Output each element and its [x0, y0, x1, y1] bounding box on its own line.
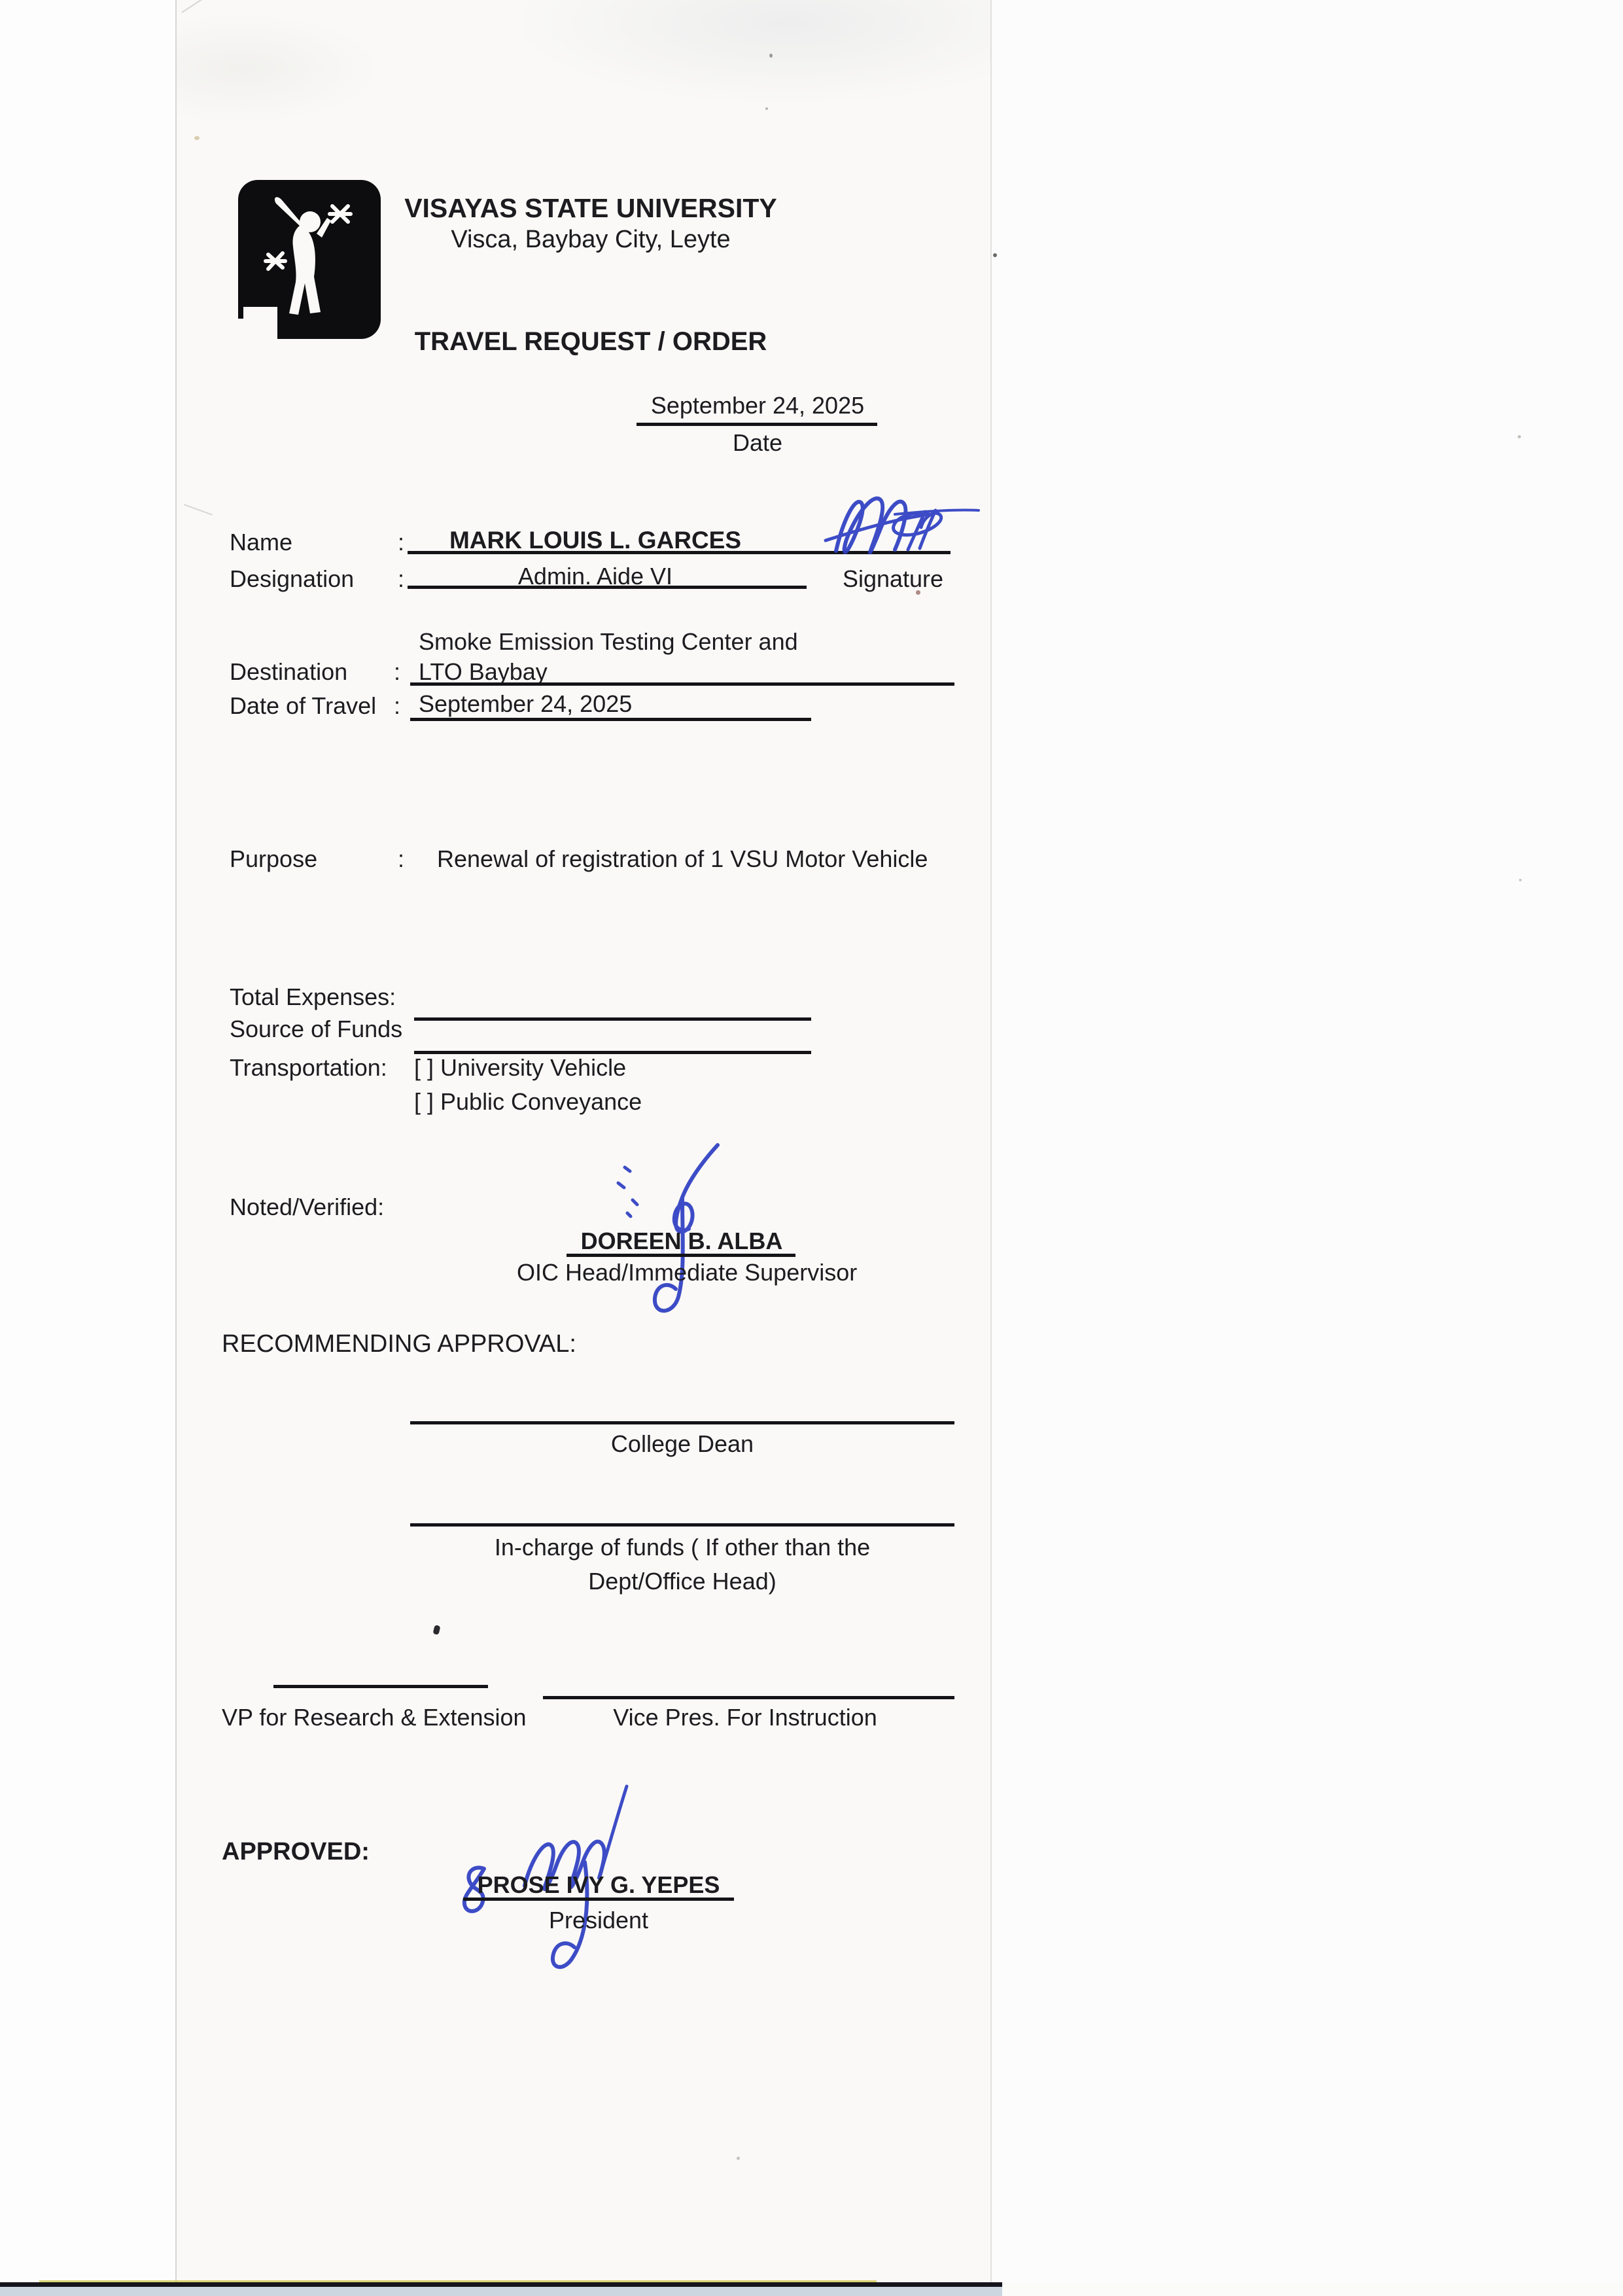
source-of-funds-label: Source of Funds — [230, 1016, 402, 1043]
scan-bottom-edge — [0, 2282, 1002, 2287]
form-title: TRAVEL REQUEST / ORDER — [362, 327, 820, 357]
scan-bottom-strip — [0, 2287, 1002, 2296]
total-expenses-line — [414, 1017, 811, 1021]
in-charge-label-line2: Dept/Office Head) — [410, 1568, 954, 1595]
date-value: September 24, 2025 — [639, 392, 876, 419]
college-dean-line — [410, 1421, 954, 1424]
vsu-logo — [237, 179, 382, 340]
noted-verified-label: Noted/Verified: — [230, 1193, 384, 1221]
purpose-value: Renewal of registration of 1 VSU Motor V… — [437, 845, 928, 873]
transportation-option-university-vehicle: [ ] University Vehicle — [414, 1054, 626, 1082]
scan-speck — [765, 107, 768, 110]
date-of-travel-label: Date of Travel — [230, 692, 376, 720]
university-name: VISAYAS STATE UNIVERSITY — [362, 192, 820, 224]
destination-underline — [410, 682, 954, 686]
supervisor-name: DOREEN B. ALBA — [570, 1227, 793, 1255]
scan-speck — [916, 590, 920, 595]
president-name-underline — [463, 1898, 734, 1901]
scan-speck — [1518, 435, 1521, 438]
transportation-label: Transportation: — [230, 1054, 387, 1082]
vp-research-label: VP for Research & Extension — [222, 1704, 527, 1731]
recommending-approval-heading: RECOMMENDING APPROVAL: — [222, 1330, 576, 1359]
designation-underline — [408, 586, 807, 589]
destination-colon: : — [394, 658, 400, 686]
requester-signature — [816, 486, 983, 564]
scan-speck — [1519, 879, 1522, 881]
scanner-margin-right — [992, 0, 1623, 2286]
purpose-label: Purpose — [230, 845, 317, 873]
total-expenses-label: Total Expenses: — [230, 983, 396, 1011]
supervisor-name-underline — [567, 1254, 795, 1257]
destination-value-line1: Smoke Emission Testing Center and — [419, 628, 798, 656]
purpose-colon: : — [398, 845, 404, 873]
vp-instruction-label: Vice Pres. For Instruction — [595, 1704, 896, 1731]
scan-speck — [993, 253, 997, 257]
approved-label: APPROVED: — [222, 1837, 370, 1867]
scan-speck — [737, 2157, 740, 2160]
name-colon: : — [398, 529, 404, 556]
scanner-margin-left — [0, 0, 177, 2286]
in-charge-label-line1: In-charge of funds ( If other than the — [410, 1534, 954, 1561]
scan-bottom-strip-right — [1002, 2282, 1623, 2296]
in-charge-line — [410, 1523, 954, 1527]
scanned-document: VISAYAS STATE UNIVERSITY Visca, Baybay C… — [0, 0, 1623, 2296]
scan-speck — [769, 54, 773, 58]
date-underline — [637, 423, 877, 426]
paper-edge-right — [990, 0, 992, 2286]
vp-instruction-line — [543, 1696, 954, 1699]
signature-label: Signature — [821, 565, 965, 593]
date-label: Date — [639, 429, 876, 457]
date-of-travel-colon: : — [394, 692, 400, 720]
designation-label: Designation — [230, 565, 354, 593]
scan-speck — [194, 136, 200, 140]
president-title: President — [468, 1907, 729, 1934]
president-name: PROSE IVY G. YEPES — [468, 1871, 729, 1899]
paper-edge-left — [175, 0, 177, 2286]
destination-label: Destination — [230, 658, 347, 686]
university-address: Visca, Baybay City, Leyte — [362, 225, 820, 255]
name-label: Name — [230, 529, 292, 556]
designation-colon: : — [398, 565, 404, 593]
date-of-travel-value: September 24, 2025 — [419, 690, 632, 718]
date-of-travel-underline — [410, 718, 811, 721]
transportation-option-public-conveyance: [ ] Public Conveyance — [414, 1088, 642, 1116]
supervisor-title: OIC Head/Immediate Supervisor — [517, 1259, 854, 1286]
college-dean-label: College Dean — [410, 1430, 954, 1458]
vp-research-line — [273, 1685, 488, 1688]
